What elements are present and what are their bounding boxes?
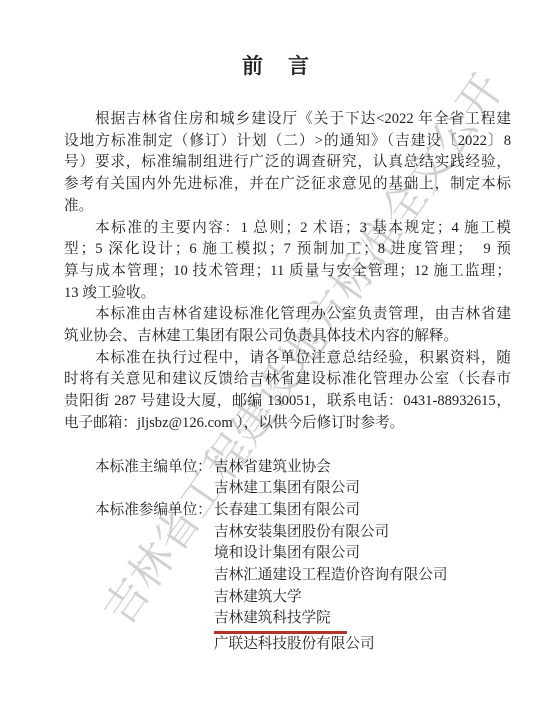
paragraph-line: 13 竣工验收。 xyxy=(64,283,511,305)
paragraph-line: 本标准在执行过程中，请各单位注意总结经验，积累资料，随 xyxy=(64,348,511,370)
unit-role-label xyxy=(95,634,214,656)
paragraph: 本标准在执行过程中，请各单位注意总结经验，积累资料，随时将有关意见和建议反馈给吉… xyxy=(64,348,511,435)
page-title: 前 言 xyxy=(0,0,553,80)
paragraph-line: 贵阳街 287 号建设大厦，邮编 130051，联系电话：0431-889326… xyxy=(64,391,511,413)
unit-role-label xyxy=(95,587,214,609)
unit-row: 本标准主编单位：吉林省建筑业协会 xyxy=(95,457,511,479)
unit-role-label xyxy=(95,543,214,565)
paragraph: 本标准的主要内容：1 总则；2 术语；3 基本规定；4 施工模型；5 深化设计；… xyxy=(64,218,511,305)
unit-name: 吉林建工集团有限公司 xyxy=(214,478,360,500)
unit-role-label xyxy=(95,478,214,500)
unit-role-label: 本标准主编单位： xyxy=(95,457,214,479)
unit-role-label xyxy=(95,522,214,544)
unit-row: 吉林建筑科技学院 xyxy=(95,608,511,634)
unit-row: 广联达科技股份有限公司 xyxy=(95,634,511,656)
paragraph-line: 准。 xyxy=(64,196,511,218)
unit-row: 本标准参编单位：长春建工集团有限公司 xyxy=(95,500,511,522)
unit-name: 吉林安装集团股份有限公司 xyxy=(214,522,389,544)
paragraph-line: 型；5 深化设计；6 施工模拟；7 预制加工；8 进度管理； 9 预 xyxy=(64,239,511,261)
editing-units-list: 本标准主编单位：吉林省建筑业协会吉林建工集团有限公司 本标准参编单位：长春建工集… xyxy=(95,457,511,656)
unit-role-label xyxy=(95,565,214,587)
unit-name: 吉林汇通建设工程造价咨询有限公司 xyxy=(214,565,448,587)
unit-row: 吉林建筑大学 xyxy=(95,587,511,609)
unit-row: 吉林安装集团股份有限公司 xyxy=(95,522,511,544)
unit-name: 长春建工集团有限公司 xyxy=(214,500,360,522)
paragraph-line: 时将有关意见和建议反馈给吉林省建设标准化管理办公室（长春市 xyxy=(64,369,511,391)
unit-name: 境和设计集团有限公司 xyxy=(214,543,360,565)
unit-role-label xyxy=(95,608,214,634)
paragraph-line: 号）要求，标准编制组进行广泛的调查研究，认真总结实践经验， xyxy=(64,152,511,174)
unit-name: 吉林建筑科技学院 xyxy=(214,608,347,634)
unit-name: 吉林建筑大学 xyxy=(214,587,302,609)
paragraph-line: 筑业协会、吉林建工集团有限公司负责具体技术内容的解释。 xyxy=(64,326,511,348)
body-text: 根据吉林省住房和城乡建设厅《关于下达<2022 年全省工程建设地方标准制定（修订… xyxy=(64,109,511,435)
paragraph-line: 本标准由吉林省建设标准化管理办公室负责管理，由吉林省建 xyxy=(64,304,511,326)
document-page: 吉林省工程建设地方标准全文公开 前 言 根据吉林省住房和城乡建设厅《关于下达<2… xyxy=(0,0,553,726)
chief-editor-units: 本标准主编单位：吉林省建筑业协会吉林建工集团有限公司 xyxy=(95,457,511,500)
unit-name: 吉林省建筑业协会 xyxy=(214,457,331,479)
unit-row: 吉林建工集团有限公司 xyxy=(95,478,511,500)
paragraph-line: 电子邮箱：jljsbz@126.com ），以供今后修订时参考。 xyxy=(64,413,511,435)
unit-row: 吉林汇通建设工程造价咨询有限公司 xyxy=(95,565,511,587)
paragraph-line: 算与成本管理；10 技术管理；11 质量与安全管理；12 施工监理； xyxy=(64,261,511,283)
paragraph-line: 设地方标准制定（修订）计划（二）>的通知》（吉建设〔2022〕8 xyxy=(64,131,511,153)
paragraph: 根据吉林省住房和城乡建设厅《关于下达<2022 年全省工程建设地方标准制定（修订… xyxy=(64,109,511,218)
unit-name: 广联达科技股份有限公司 xyxy=(214,634,375,656)
paragraph-line: 本标准的主要内容：1 总则；2 术语；3 基本规定；4 施工模 xyxy=(64,218,511,240)
participant-units: 本标准参编单位：长春建工集团有限公司吉林安装集团股份有限公司境和设计集团有限公司… xyxy=(95,500,511,656)
page-content: 前 言 根据吉林省住房和城乡建设厅《关于下达<2022 年全省工程建设地方标准制… xyxy=(0,0,553,656)
unit-role-label: 本标准参编单位： xyxy=(95,500,214,522)
paragraph-line: 参考有关国内外先进标准，并在广泛征求意见的基础上，制定本标 xyxy=(64,174,511,196)
unit-row: 境和设计集团有限公司 xyxy=(95,543,511,565)
paragraph-line: 根据吉林省住房和城乡建设厅《关于下达<2022 年全省工程建 xyxy=(64,109,511,131)
paragraph: 本标准由吉林省建设标准化管理办公室负责管理，由吉林省建筑业协会、吉林建工集团有限… xyxy=(64,304,511,347)
